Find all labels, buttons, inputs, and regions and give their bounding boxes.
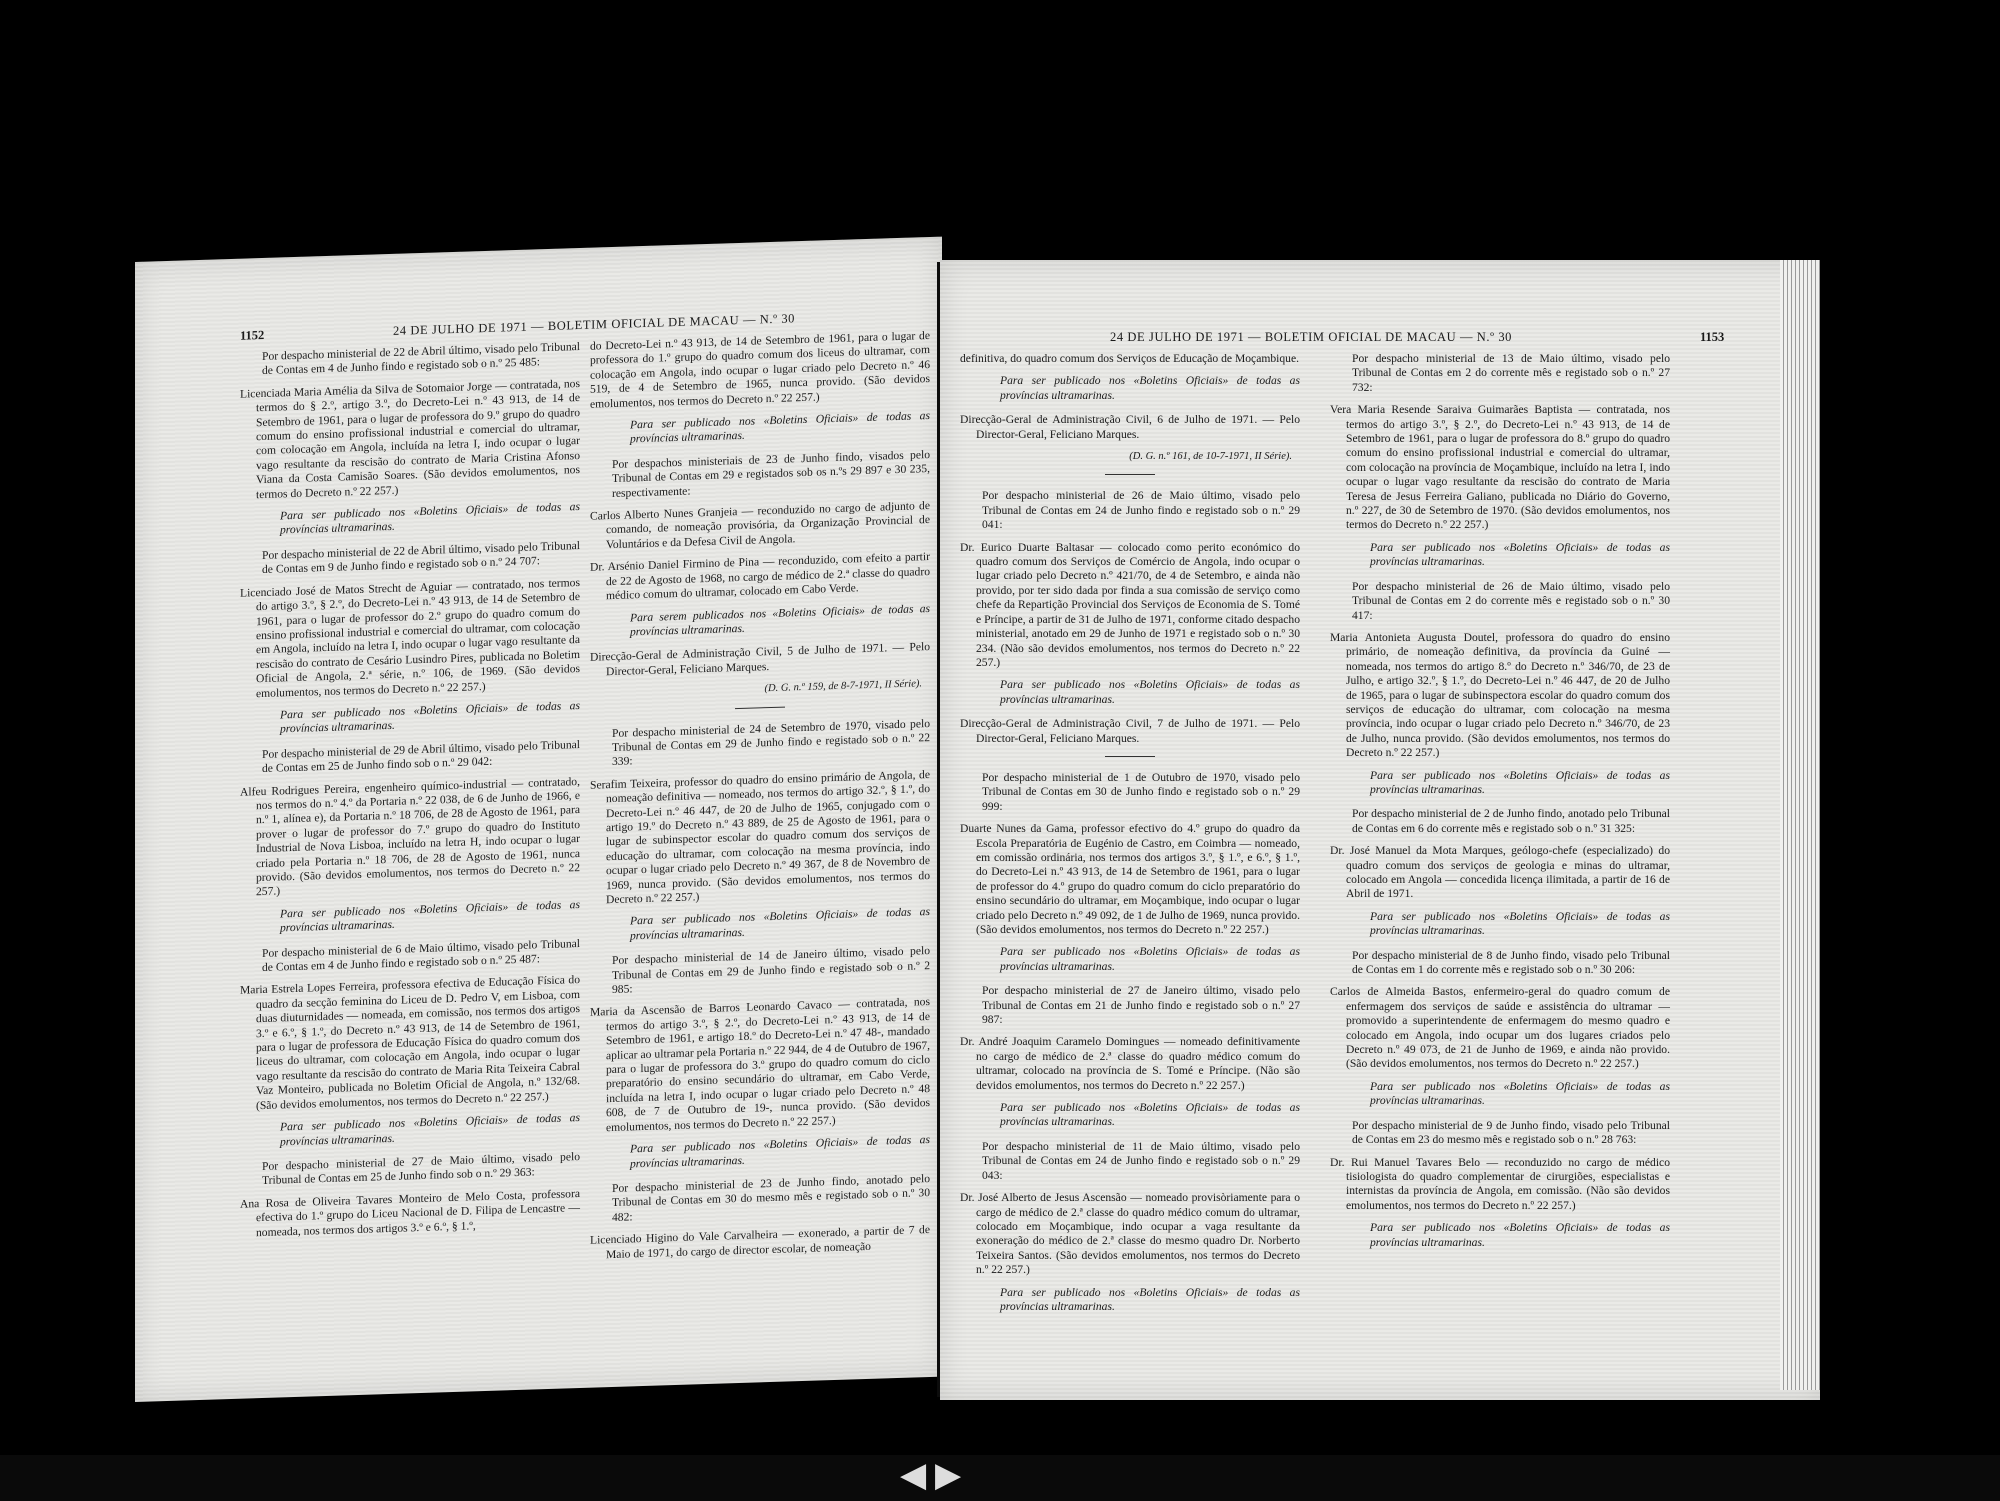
- publication-note: Para ser publicado nos «Boletins Oficiai…: [960, 945, 1300, 974]
- dispatch-entry: Duarte Nunes da Gama, professor efectivo…: [960, 822, 1300, 937]
- left-arrow-icon: ◀: [900, 1455, 926, 1495]
- dispatch-heading: Por despacho ministerial de 23 de Junho …: [590, 1172, 930, 1226]
- dispatch-entry: Carlos Alberto Nunes Granjeia — reconduz…: [590, 499, 930, 553]
- section-divider: [1105, 474, 1155, 475]
- dispatch-entry: Maria Antonieta Augusta Doutel, professo…: [1330, 631, 1670, 761]
- signature: Direcção-Geral de Administração Civil, 7…: [960, 717, 1300, 746]
- scanned-document-spread: 1152 24 DE JULHO DE 1971 — BOLETIM OFICI…: [135, 262, 1835, 1402]
- publication-note: Para ser publicado nos «Boletins Oficiai…: [1330, 1221, 1670, 1250]
- dispatch-entry: do Decreto-Lei n.º 43 913, de 14 de Sete…: [590, 329, 930, 412]
- dispatch-entry: Ana Rosa de Oliveira Tavares Monteiro de…: [240, 1187, 580, 1241]
- left-page: 1152 24 DE JULHO DE 1971 — BOLETIM OFICI…: [135, 237, 942, 1402]
- publication-note: Para ser publicado nos «Boletins Oficiai…: [1330, 910, 1670, 939]
- dispatch-heading: Por despacho ministerial de 27 de Janeir…: [960, 984, 1300, 1027]
- dispatch-heading: Por despacho ministerial de 6 de Maio úl…: [240, 937, 580, 976]
- dispatch-entry: Dr. Rui Manuel Tavares Belo — reconduzid…: [1330, 1156, 1670, 1214]
- page-number: 1152: [240, 328, 264, 344]
- dispatch-heading: Por despacho ministerial de 11 de Maio ú…: [960, 1140, 1300, 1183]
- dispatch-heading: Por despacho ministerial de 24 de Setemb…: [590, 717, 930, 771]
- publication-note: Para ser publicado nos «Boletins Oficiai…: [1330, 769, 1670, 798]
- publication-note: Para ser publicado nos «Boletins Oficiai…: [960, 1286, 1300, 1315]
- scanner-strip: ◀ ▶: [0, 1455, 2000, 1501]
- section-divider: [735, 706, 785, 709]
- publication-note: Para serem publicados nos «Boletins Ofic…: [590, 602, 930, 641]
- dispatch-entry: Dr. Eurico Duarte Baltasar — colocado co…: [960, 541, 1300, 671]
- right-arrow-icon: ▶: [935, 1455, 961, 1495]
- dispatch-heading: Por despacho ministerial de 2 de Junho f…: [1330, 807, 1670, 836]
- publication-note: Para ser publicado nos «Boletins Oficiai…: [240, 1111, 580, 1150]
- dispatch-entry: Carlos de Almeida Bastos, enfermeiro-ger…: [1330, 985, 1670, 1071]
- section-divider: [1105, 756, 1155, 757]
- dispatch-heading: Por despacho ministerial de 22 de Abril …: [240, 340, 580, 379]
- publication-note: Para ser publicado nos «Boletins Oficiai…: [240, 898, 580, 937]
- dispatch-entry: Licenciado Higino do Vale Carvalheira — …: [590, 1223, 930, 1262]
- dispatch-entry: Vera Maria Resende Saraiva Guimarães Bap…: [1330, 403, 1670, 533]
- dispatch-entry: Maria da Ascensão de Barros Leonardo Cav…: [590, 995, 930, 1135]
- dispatch-entry: Maria Estrela Lopes Ferreira, professora…: [240, 973, 580, 1113]
- text-column: Por despacho ministerial de 13 de Maio ú…: [1330, 352, 1670, 1260]
- dispatch-heading: Por despacho ministerial de 13 de Maio ú…: [1330, 352, 1670, 395]
- dispatch-heading: Por despacho ministerial de 22 de Abril …: [240, 539, 580, 578]
- right-page: 24 DE JULHO DE 1971 — BOLETIM OFICIAL DE…: [940, 260, 1820, 1400]
- publication-note: Para ser publicado nos «Boletins Oficiai…: [240, 500, 580, 539]
- signature: Direcção-Geral de Administração Civil, 5…: [590, 640, 930, 679]
- publication-note: Para ser publicado nos «Boletins Oficiai…: [590, 905, 930, 944]
- publication-note: Para ser publicado nos «Boletins Oficiai…: [1330, 1080, 1670, 1109]
- dispatch-heading: Por despacho ministerial de 9 de Junho f…: [1330, 1119, 1670, 1148]
- dispatch-heading: Por despachos ministeriais de 23 de Junh…: [590, 448, 930, 502]
- dispatch-heading: Por despacho ministerial de 26 de Maio ú…: [1330, 580, 1670, 623]
- publication-note: Para ser publicado nos «Boletins Oficiai…: [590, 1133, 930, 1172]
- dispatch-heading: Por despacho ministerial de 8 de Junho f…: [1330, 949, 1670, 978]
- dispatch-entry: Dr. Arsénio Daniel Firmino de Pina — rec…: [590, 550, 930, 604]
- gazette-reference: (D. G. n.º 161, de 10-7-1971, II Série).: [960, 450, 1300, 464]
- publication-note: Para ser publicado nos «Boletins Oficiai…: [960, 374, 1300, 403]
- dispatch-heading: Por despacho ministerial de 14 de Janeir…: [590, 944, 930, 998]
- dispatch-entry: Licenciada Maria Amélia da Silva de Soto…: [240, 377, 580, 503]
- dispatch-entry: Dr. José Manuel da Mota Marques, geólogo…: [1330, 844, 1670, 902]
- gazette-reference: (D. G. n.º 159, de 8-7-1971, II Série).: [590, 677, 930, 702]
- publication-note: Para ser publicado nos «Boletins Oficiai…: [1330, 541, 1670, 570]
- dispatch-entry: Serafim Teixeira, professor do quadro do…: [590, 768, 930, 908]
- publication-note: Para ser publicado nos «Boletins Oficiai…: [240, 699, 580, 738]
- signature: Direcção-Geral de Administração Civil, 6…: [960, 413, 1300, 442]
- dispatch-entry: definitiva, do quadro comum dos Serviços…: [960, 352, 1300, 366]
- publication-note: Para ser publicado nos «Boletins Oficiai…: [960, 678, 1300, 707]
- dispatch-heading: Por despacho ministerial de 27 de Maio ú…: [240, 1150, 580, 1189]
- page-edges: [1780, 260, 1820, 1390]
- dispatch-heading: Por despacho ministerial de 29 de Abril …: [240, 738, 580, 777]
- dispatch-entry: Dr. José Alberto de Jesus Ascensão — nom…: [960, 1191, 1300, 1277]
- dispatch-entry: Dr. André Joaquim Caramelo Domingues — n…: [960, 1035, 1300, 1093]
- page-header: 24 DE JULHO DE 1971 — BOLETIM OFICIAL DE…: [1110, 330, 1512, 345]
- publication-note: Para ser publicado nos «Boletins Oficiai…: [590, 409, 930, 448]
- text-column: do Decreto-Lei n.º 43 913, de 14 de Sete…: [590, 329, 930, 1271]
- publication-note: Para ser publicado nos «Boletins Oficiai…: [960, 1101, 1300, 1130]
- dispatch-entry: Licenciado José de Matos Strecht de Agui…: [240, 576, 580, 702]
- dispatch-heading: Por despacho ministerial de 1 de Outubro…: [960, 771, 1300, 814]
- dispatch-heading: Por despacho ministerial de 26 de Maio ú…: [960, 489, 1300, 532]
- text-column: Por despacho ministerial de 22 de Abril …: [240, 340, 580, 1249]
- text-column: definitiva, do quadro comum dos Serviços…: [960, 352, 1300, 1324]
- page-number: 1153: [1700, 330, 1724, 345]
- dispatch-entry: Alfeu Rodrigues Pereira, engenheiro quím…: [240, 775, 580, 901]
